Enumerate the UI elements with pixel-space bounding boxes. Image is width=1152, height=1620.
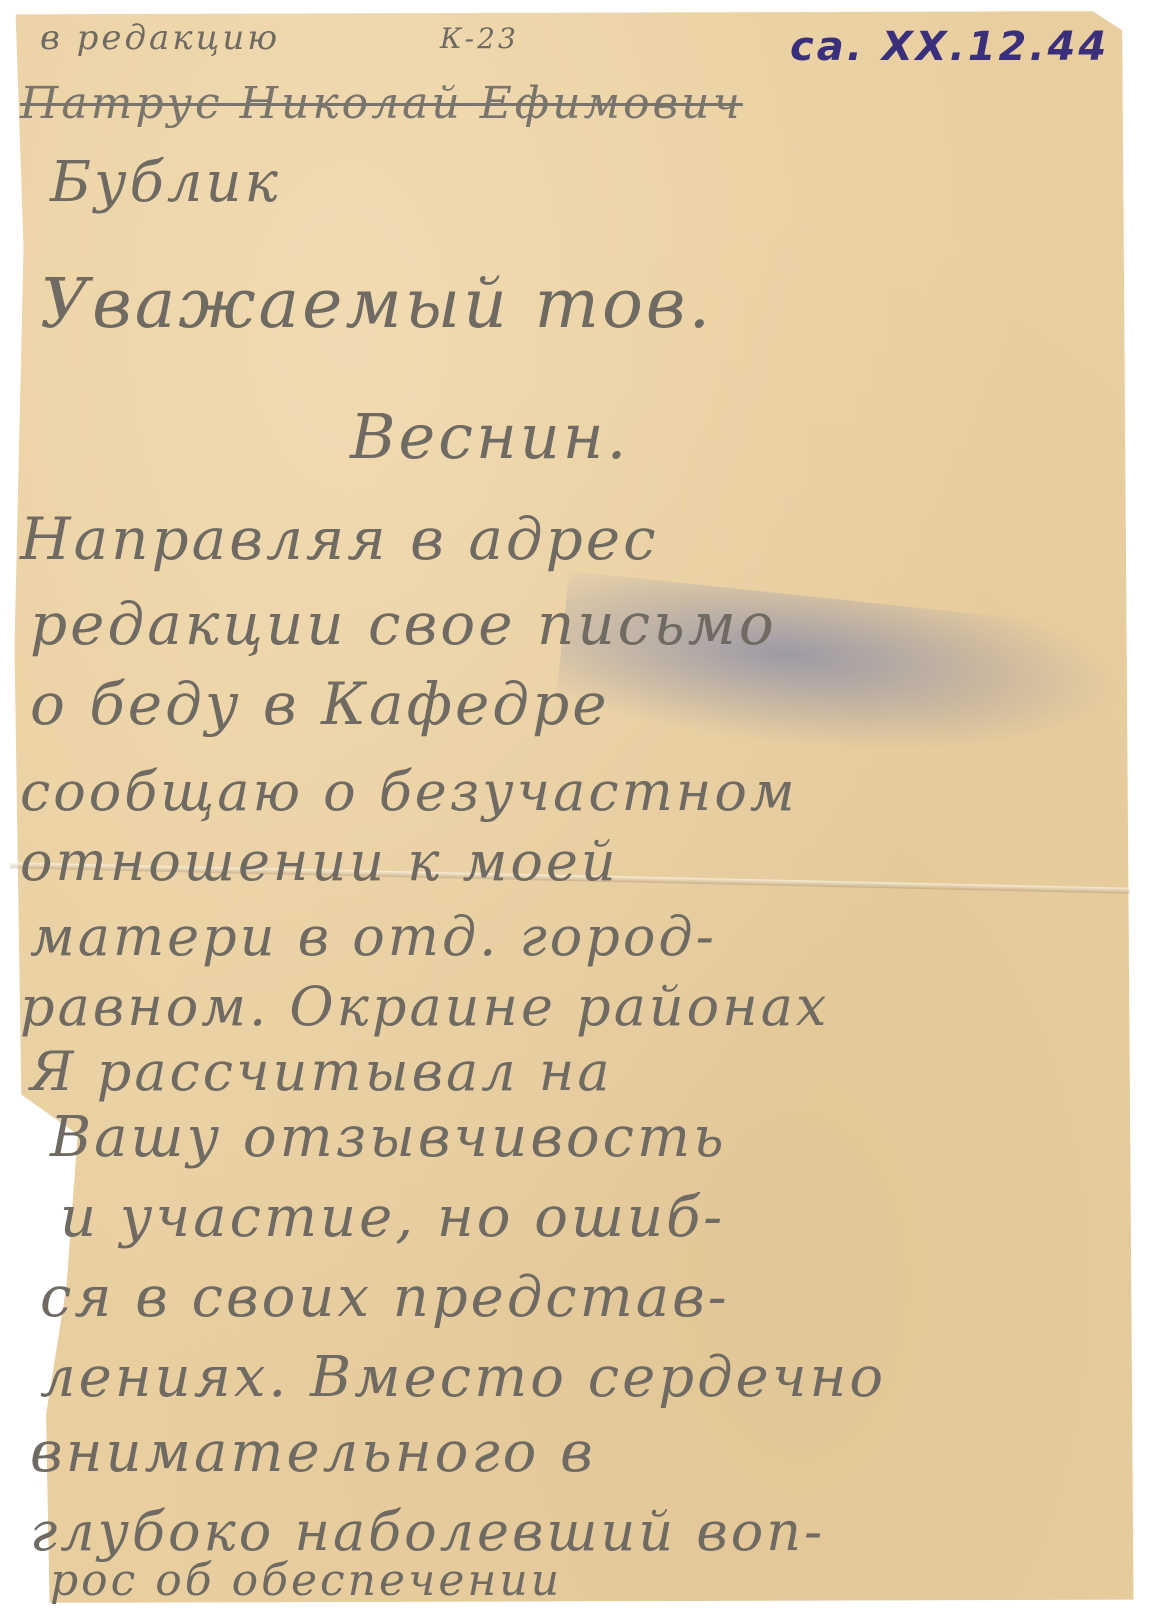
body-line: глубоко наболевший воп- bbox=[30, 1500, 825, 1563]
salutation-line-2: Веснин. bbox=[350, 400, 629, 473]
salutation-line-1: Уважаемый тов. bbox=[40, 265, 713, 344]
body-line: Я рассчитывал на bbox=[30, 1040, 613, 1103]
body-line: ся в своих представ- bbox=[40, 1265, 730, 1330]
body-line: рос об обеспечении bbox=[50, 1555, 562, 1606]
code-label: К-23 bbox=[440, 22, 519, 55]
body-line: сообщаю о безучастном bbox=[20, 760, 798, 823]
addressee-note: в редакцию bbox=[40, 18, 280, 58]
body-line: о беду в Кафедре bbox=[30, 670, 610, 738]
body-line: редакции свое письмо bbox=[30, 590, 777, 658]
body-line: Направляя в адрес bbox=[20, 505, 659, 573]
body-line: Вашу отзывчивость bbox=[50, 1105, 727, 1170]
date-stamp: са. XX.12.44 bbox=[790, 24, 1109, 70]
body-line: и участие, но ошиб- bbox=[60, 1185, 725, 1250]
body-line: лениях. Вместо сердечно bbox=[40, 1345, 886, 1410]
body-line: внимательного в bbox=[30, 1420, 596, 1485]
body-line: равном. Окраине районах bbox=[20, 975, 829, 1038]
replacement-name: Бублик bbox=[50, 150, 281, 215]
body-line: отношении к моей bbox=[20, 830, 619, 893]
crossed-name: Патрус Николай Ефимович bbox=[20, 78, 743, 129]
body-line: матери в отд. город- bbox=[30, 905, 717, 968]
